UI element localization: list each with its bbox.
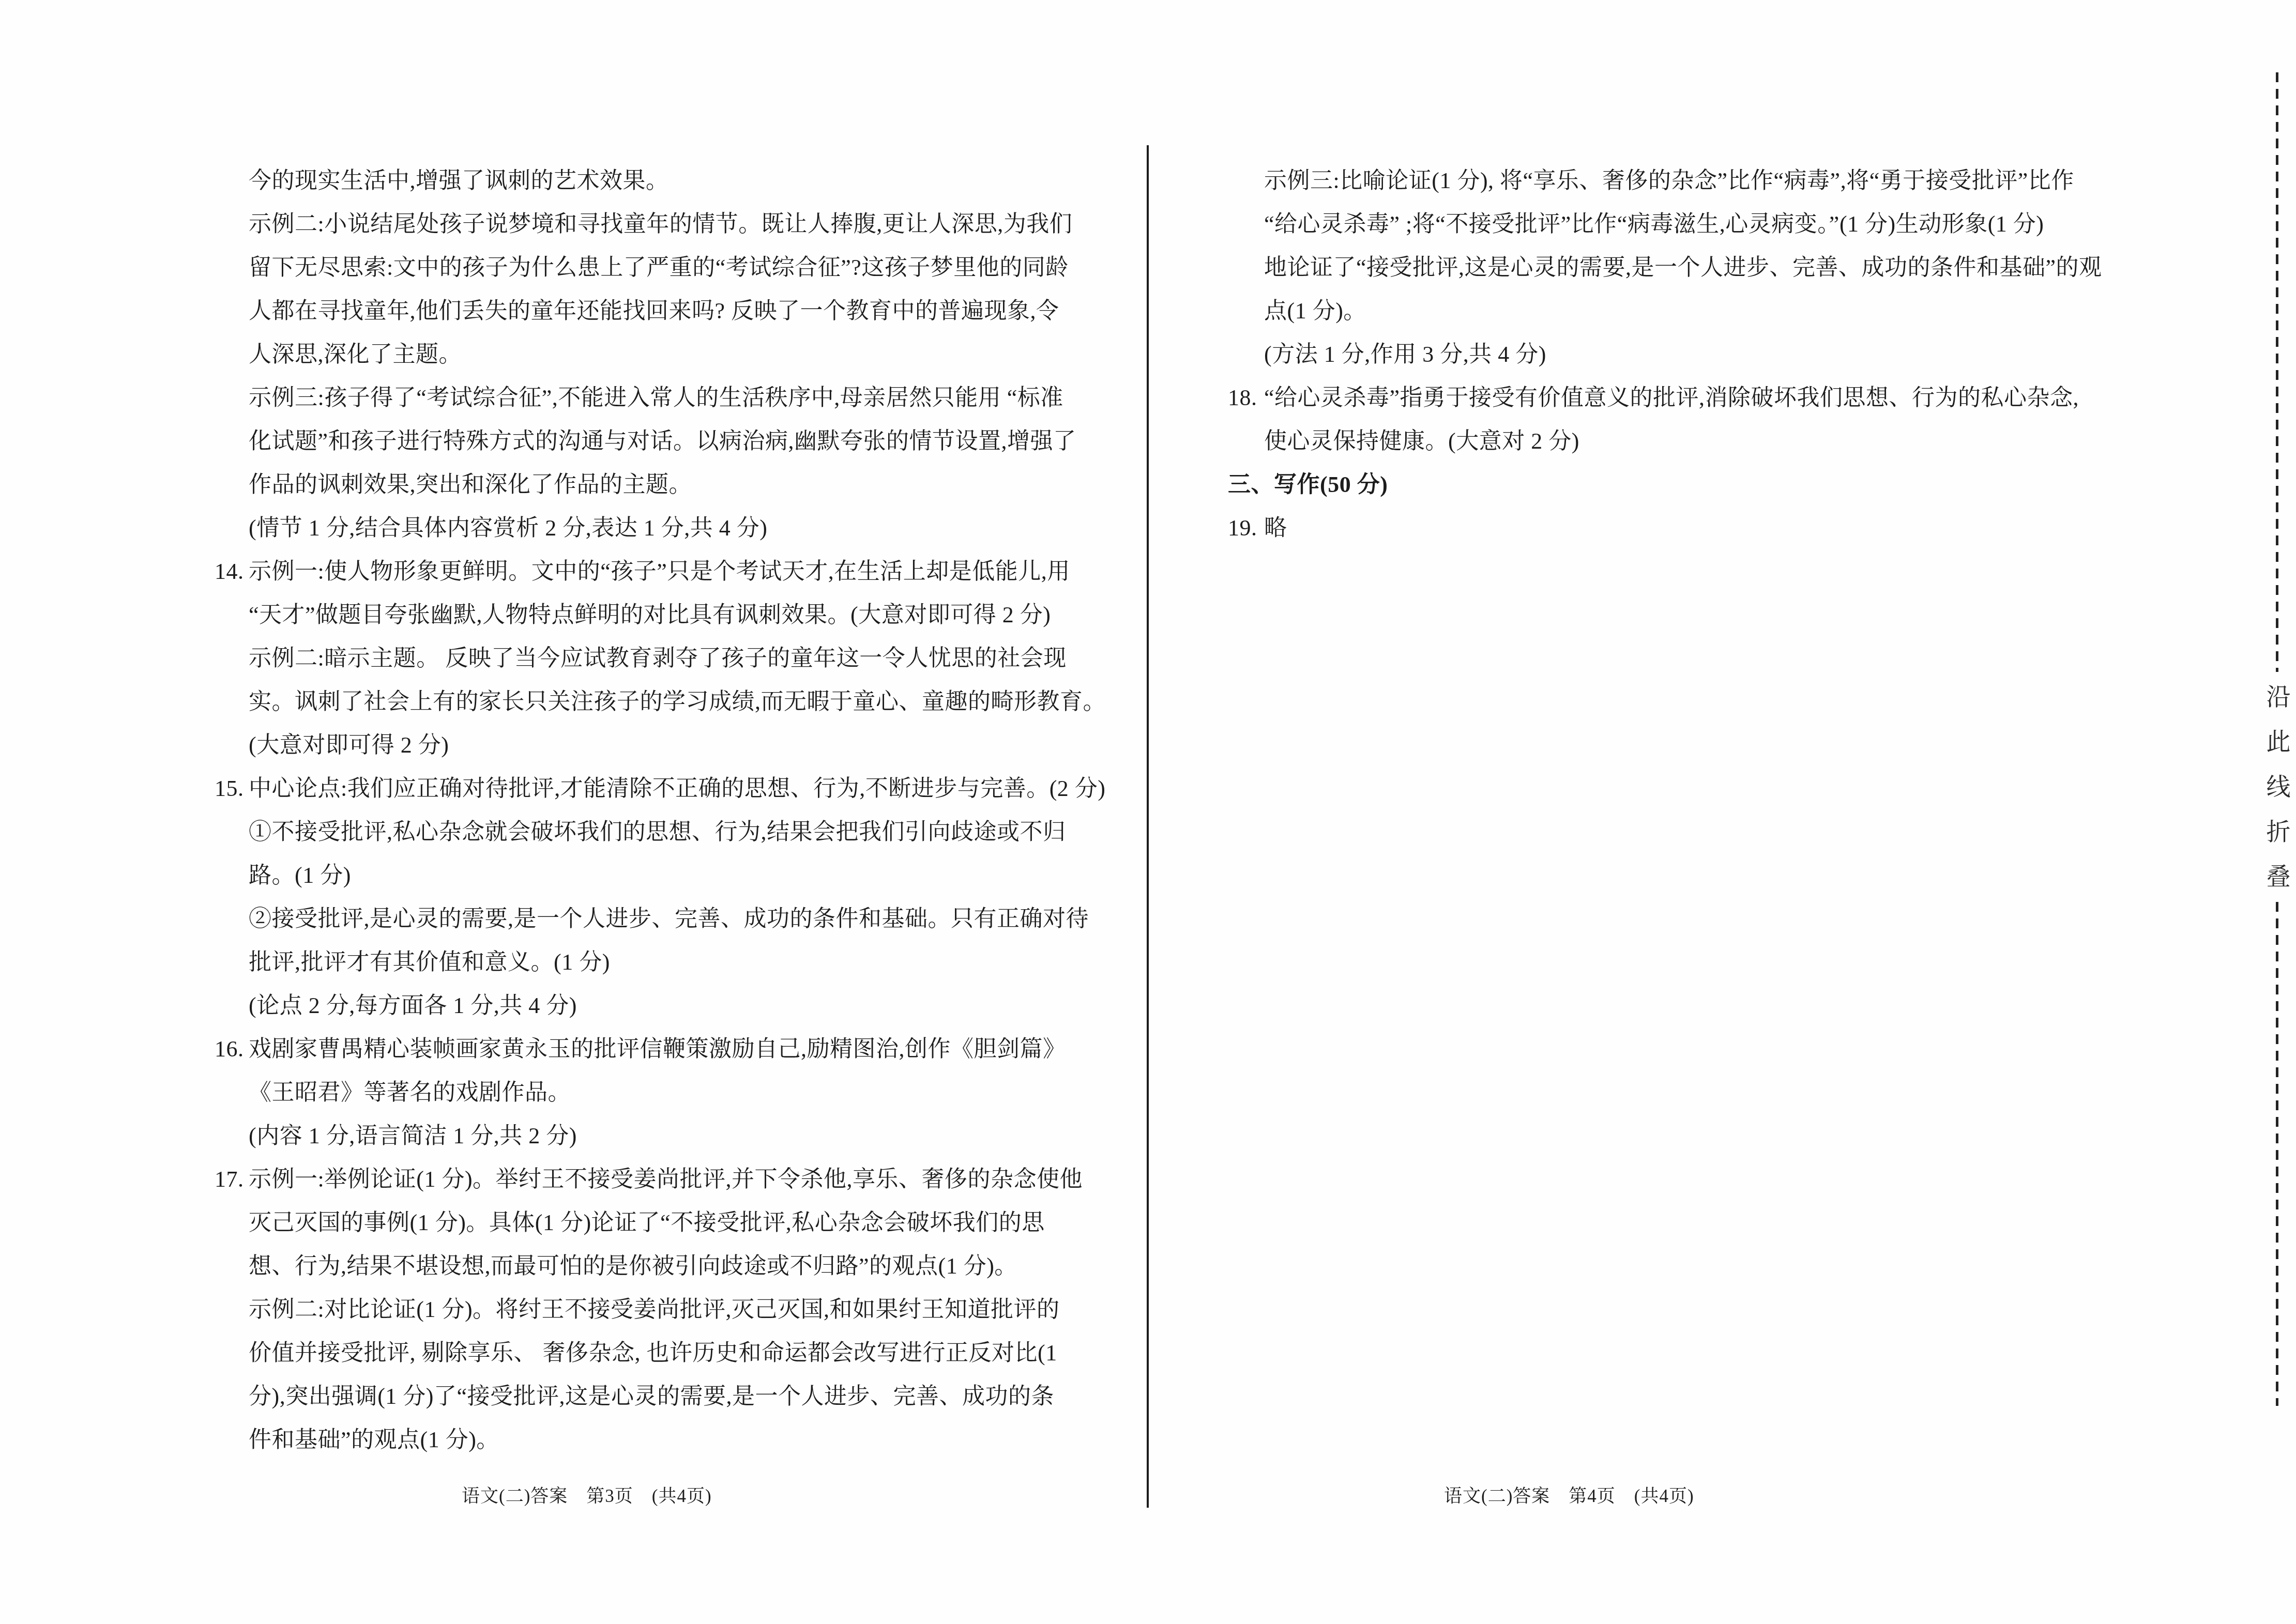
page-4-answers: 示例三:比喻论证(1 分), 将“享乐、奢侈的杂念”比作“病毒”,将“勇于接受批… xyxy=(1264,159,2138,550)
answer-text: 想、行为,结果不堪设想,而最可怕的是你被引向歧途或不归路”的观点(1 分)。 xyxy=(249,1253,1017,1279)
answer-text: 示例二:暗示主题。 反映了当今应试教育剥夺了孩子的童年这一令人忧思的社会现 xyxy=(249,646,1067,671)
answer-text: “给心灵杀毒” ;将“不接受批评”比作“病毒滋生,心灵病变。”(1 分)生动形象… xyxy=(1264,211,2044,237)
answer-text: 使心灵保持健康。(大意对 2 分) xyxy=(1264,428,1579,454)
item-number: 17. xyxy=(215,1158,244,1201)
answer-line: 批评,批评才有其价值和意义。(1 分) xyxy=(249,941,1122,984)
answer-text: “给心灵杀毒”指勇于接受有价值意义的批评,消除破坏我们思想、行为的私心杂念, xyxy=(1264,385,2079,410)
answer-text: (内容 1 分,语言简洁 1 分,共 2 分) xyxy=(249,1123,577,1148)
answer-line: 示例二:小说结尾处孩子说梦境和寻找童年的情节。既让人捧腹,更让人深思,为我们 xyxy=(249,203,1122,246)
answer-text: 点(1 分)。 xyxy=(1264,298,1366,324)
answer-line: ①不接受批评,私心杂念就会破坏我们的思想、行为,结果会把我们引向歧途或不归 xyxy=(249,810,1122,854)
answer-line: 示例二:对比论证(1 分)。将纣王不接受姜尚批评,灭己灭国,和如果纣王知道批评的 xyxy=(249,1288,1122,1331)
page-3-answers: 今的现实生活中,增强了讽刺的艺术效果。示例二:小说结尾处孩子说梦境和寻找童年的情… xyxy=(249,159,1122,1462)
answer-text: 作品的讽刺效果,突出和深化了作品的主题。 xyxy=(249,472,692,497)
answer-line: 想、行为,结果不堪设想,而最可怕的是你被引向歧途或不归路”的观点(1 分)。 xyxy=(249,1245,1122,1288)
answer-line: (论点 2 分,每方面各 1 分,共 4 分) xyxy=(249,984,1122,1028)
answer-line: 人都在寻找童年,他们丢失的童年还能找回来吗? 反映了一个教育中的普遍现象,令 xyxy=(249,289,1122,333)
answer-text: 人都在寻找童年,他们丢失的童年还能找回来吗? 反映了一个教育中的普遍现象,令 xyxy=(249,298,1059,324)
answer-line: “天才”做题目夸张幽默,人物特点鲜明的对比具有讽刺效果。(大意对即可得 2 分) xyxy=(249,593,1122,637)
answer-line: 地论证了“接受批评,这是心灵的需要,是一个人进步、完善、成功的条件和基础”的观 xyxy=(1264,246,2138,289)
answer-line: 化试题”和孩子进行特殊方式的沟通与对话。以病治病,幽默夸张的情节设置,增强了 xyxy=(249,420,1122,463)
answer-line: 18.“给心灵杀毒”指勇于接受有价值意义的批评,消除破坏我们思想、行为的私心杂念… xyxy=(1264,376,2138,420)
answer-text: (情节 1 分,结合具体内容赏析 2 分,表达 1 分,共 4 分) xyxy=(249,515,767,541)
answer-text: “天才”做题目夸张幽默,人物特点鲜明的对比具有讽刺效果。(大意对即可得 2 分) xyxy=(249,602,1051,627)
answer-text: 路。(1 分) xyxy=(249,863,351,888)
answer-line: (情节 1 分,结合具体内容赏析 2 分,表达 1 分,共 4 分) xyxy=(249,507,1122,550)
answer-line: 16.戏剧家曹禺精心装帧画家黄永玉的批评信鞭策激励自己,励精图治,创作《胆剑篇》 xyxy=(249,1028,1122,1071)
answer-line: 示例三:孩子得了“考试综合征”,不能进入常人的生活秩序中,母亲居然只能用 “标准 xyxy=(249,376,1122,420)
answer-text: 批评,批评才有其价值和意义。(1 分) xyxy=(249,949,610,975)
answer-line: 《王昭君》等著名的戏剧作品。 xyxy=(249,1071,1122,1114)
answer-text: 《王昭君》等著名的戏剧作品。 xyxy=(249,1080,571,1105)
answer-text: (方法 1 分,作用 3 分,共 4 分) xyxy=(1264,342,1546,367)
item-number: 15. xyxy=(215,767,244,810)
answer-line: (大意对即可得 2 分) xyxy=(249,724,1122,767)
answer-line: 价值并接受批评, 剔除享乐、 奢侈杂念, 也许历史和命运都会改写进行正反对比(1 xyxy=(249,1331,1122,1375)
answer-text: 人深思,深化了主题。 xyxy=(249,342,462,367)
fold-instruction-text: 沿此线折叠 xyxy=(2264,675,2292,900)
answer-line: “给心灵杀毒” ;将“不接受批评”比作“病毒滋生,心灵病变。”(1 分)生动形象… xyxy=(1264,203,2138,246)
answer-text: 中心论点:我们应正确对待批评,才能清除不正确的思想、行为,不断进步与完善。(2 … xyxy=(249,776,1106,801)
answer-line: 使心灵保持健康。(大意对 2 分) xyxy=(1264,420,2138,463)
answer-text: 示例一:使人物形象更鲜明。文中的“孩子”只是个考试天才,在生活上却是低能儿,用 xyxy=(249,559,1070,584)
fold-dashed-line-top xyxy=(2276,72,2278,672)
fold-dashed-line-bottom xyxy=(2276,902,2278,1406)
answer-line: 留下无尽思索:文中的孩子为什么患上了严重的“考试综合征”?这孩子梦里他的同龄 xyxy=(249,246,1122,289)
answer-line: ②接受批评,是心灵的需要,是一个人进步、完善、成功的条件和基础。只有正确对待 xyxy=(249,897,1122,941)
answer-text: 实。讽刺了社会上有的家长只关注孩子的学习成绩,而无暇于童心、童趣的畸形教育。 xyxy=(249,689,1106,714)
answer-text: (论点 2 分,每方面各 1 分,共 4 分) xyxy=(249,993,577,1018)
answer-text: 件和基础”的观点(1 分)。 xyxy=(249,1427,499,1452)
answer-line: 实。讽刺了社会上有的家长只关注孩子的学习成绩,而无暇于童心、童趣的畸形教育。 xyxy=(249,680,1122,724)
answer-line: 点(1 分)。 xyxy=(1264,289,2138,333)
answer-line: (方法 1 分,作用 3 分,共 4 分) xyxy=(1264,333,2138,376)
answer-text: 化试题”和孩子进行特殊方式的沟通与对话。以病治病,幽默夸张的情节设置,增强了 xyxy=(249,428,1076,454)
answer-text: 示例三:孩子得了“考试综合征”,不能进入常人的生活秩序中,母亲居然只能用 “标准 xyxy=(249,385,1063,410)
answer-text: 留下无尽思索:文中的孩子为什么患上了严重的“考试综合征”?这孩子梦里他的同龄 xyxy=(249,255,1069,280)
answer-text: ②接受批评,是心灵的需要,是一个人进步、完善、成功的条件和基础。只有正确对待 xyxy=(249,906,1089,931)
answer-text: 分),突出强调(1 分)了“接受批评,这是心灵的需要,是一个人进步、完善、成功的… xyxy=(249,1384,1054,1409)
answer-text: 今的现实生活中,增强了讽刺的艺术效果。 xyxy=(249,168,669,193)
page-4-footer: 语文(二)答案 第4页 (共4页) xyxy=(1444,1484,1694,1508)
fold-instruction-char: 叠 xyxy=(2264,855,2292,900)
answer-line: 作品的讽刺效果,突出和深化了作品的主题。 xyxy=(249,463,1122,507)
answer-line: 示例二:暗示主题。 反映了当今应试教育剥夺了孩子的童年这一令人忧思的社会现 xyxy=(249,637,1122,680)
item-number: 16. xyxy=(215,1028,244,1071)
answer-text: 示例二:小说结尾处孩子说梦境和寻找童年的情节。既让人捧腹,更让人深思,为我们 xyxy=(249,211,1072,237)
answer-text: 示例三:比喻论证(1 分), 将“享乐、奢侈的杂念”比作“病毒”,将“勇于接受批… xyxy=(1264,168,2074,193)
center-divider-line xyxy=(1147,145,1149,1508)
answer-line: 19.略 xyxy=(1264,507,2138,550)
item-number: 18. xyxy=(1228,376,1257,420)
answer-text: ①不接受批评,私心杂念就会破坏我们的思想、行为,结果会把我们引向歧途或不归 xyxy=(249,819,1066,845)
answer-text: 略 xyxy=(1264,515,1287,541)
item-number: 14. xyxy=(215,550,244,593)
answer-text: (大意对即可得 2 分) xyxy=(249,732,449,758)
answer-line: 人深思,深化了主题。 xyxy=(249,333,1122,376)
fold-instruction-char: 沿 xyxy=(2264,675,2292,720)
answer-text: 地论证了“接受批评,这是心灵的需要,是一个人进步、完善、成功的条件和基础”的观 xyxy=(1264,255,2102,280)
item-number: 19. xyxy=(1228,507,1257,550)
answer-line: 分),突出强调(1 分)了“接受批评,这是心灵的需要,是一个人进步、完善、成功的… xyxy=(249,1375,1122,1418)
answer-line: 15.中心论点:我们应正确对待批评,才能清除不正确的思想、行为,不断进步与完善。… xyxy=(249,767,1122,810)
answer-line: (内容 1 分,语言简洁 1 分,共 2 分) xyxy=(249,1114,1122,1158)
answer-line: 灭己灭国的事例(1 分)。具体(1 分)论证了“不接受批评,私心杂念会破坏我们的… xyxy=(249,1201,1122,1245)
answer-text: 戏剧家曹禺精心装帧画家黄永玉的批评信鞭策激励自己,励精图治,创作《胆剑篇》 xyxy=(249,1036,1066,1062)
answer-line: 三、写作(50 分) xyxy=(1228,463,2138,507)
answer-line: 14.示例一:使人物形象更鲜明。文中的“孩子”只是个考试天才,在生活上却是低能儿… xyxy=(249,550,1122,593)
answer-text: 价值并接受批评, 剔除享乐、 奢侈杂念, 也许历史和命运都会改写进行正反对比(1 xyxy=(249,1340,1057,1366)
answer-text: 三、写作(50 分) xyxy=(1228,472,1388,497)
answer-line: 今的现实生活中,增强了讽刺的艺术效果。 xyxy=(249,159,1122,203)
page-3-footer: 语文(二)答案 第3页 (共4页) xyxy=(462,1484,712,1508)
fold-instruction-char: 此 xyxy=(2264,720,2292,765)
answer-sheet: 今的现实生活中,增强了讽刺的艺术效果。示例二:小说结尾处孩子说梦境和寻找童年的情… xyxy=(0,0,2296,1624)
fold-instruction-char: 线 xyxy=(2264,765,2292,810)
fold-instruction-char: 折 xyxy=(2264,810,2292,855)
answer-text: 灭己灭国的事例(1 分)。具体(1 分)论证了“不接受批评,私心杂念会破坏我们的… xyxy=(249,1210,1045,1235)
answer-line: 件和基础”的观点(1 分)。 xyxy=(249,1418,1122,1462)
answer-line: 路。(1 分) xyxy=(249,854,1122,897)
answer-text: 示例二:对比论证(1 分)。将纣王不接受姜尚批评,灭己灭国,和如果纣王知道批评的 xyxy=(249,1297,1060,1322)
answer-line: 示例三:比喻论证(1 分), 将“享乐、奢侈的杂念”比作“病毒”,将“勇于接受批… xyxy=(1264,159,2138,203)
answer-text: 示例一:举例论证(1 分)。举纣王不接受姜尚批评,并下令杀他,享乐、奢侈的杂念使… xyxy=(249,1167,1083,1192)
answer-line: 17.示例一:举例论证(1 分)。举纣王不接受姜尚批评,并下令杀他,享乐、奢侈的… xyxy=(249,1158,1122,1201)
